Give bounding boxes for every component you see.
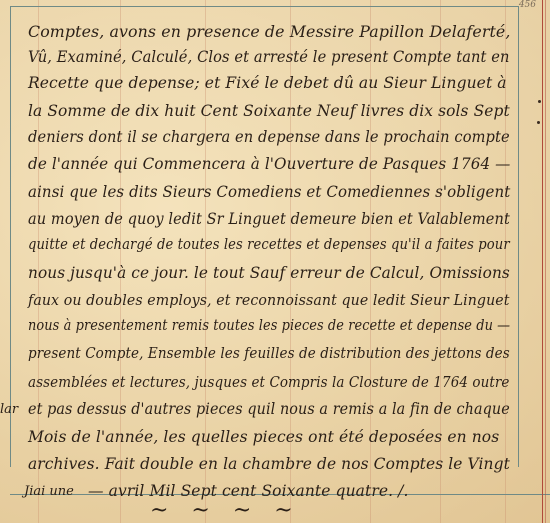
text-line: assemblées et lectures, jusques et Compr… xyxy=(28,373,510,391)
red-margin-line xyxy=(545,0,546,523)
red-margin-line xyxy=(542,0,543,523)
text-line: archives. Fait double en la chambre de n… xyxy=(28,455,510,473)
manuscript-page: 456 Comptes, avons en presence de Messir… xyxy=(0,0,550,523)
text-line: Recette que depense; et Fixé le debet dû… xyxy=(28,74,507,92)
folio-number: 456 xyxy=(519,0,536,10)
text-line: au moyen de quoy ledit Sr Linguet demeur… xyxy=(28,210,510,228)
text-line: nous à presentement remis toutes les pie… xyxy=(28,318,510,334)
ink-mark xyxy=(537,121,540,124)
text-line: deniers dont il se chargera en depense d… xyxy=(28,128,510,146)
text-line: de l'année qui Commencera à l'Ouverture … xyxy=(28,155,510,173)
text-line: Comptes, avons en presence de Messire Pa… xyxy=(28,22,511,41)
text-line: Vû, Examiné, Calculé, Clos et arresté le… xyxy=(28,48,510,66)
text-line: Mois de l'année, les quelles pieces ont … xyxy=(28,428,499,446)
text-line: quitte et dechargé de toutes les recette… xyxy=(28,237,510,253)
text-line: nous jusqu'à ce jour. le tout Sauf erreu… xyxy=(28,264,510,282)
text-line: present Compte, Ensemble les feuilles de… xyxy=(28,346,510,362)
signatures-partial: ~ ~ ~ ~ xyxy=(150,498,301,523)
ink-mark xyxy=(538,100,541,103)
margin-note: Jiai une xyxy=(24,484,74,499)
text-line: faux ou doubles employs, et reconnoissan… xyxy=(28,291,510,309)
margin-note: lar xyxy=(0,402,18,417)
text-line: et pas dessus d'autres pieces quil nous … xyxy=(28,400,510,418)
text-line: ainsi que les dits Sieurs Comediens et C… xyxy=(28,183,510,201)
text-line: la Somme de dix huit Cent Soixante Neuf … xyxy=(28,102,510,120)
